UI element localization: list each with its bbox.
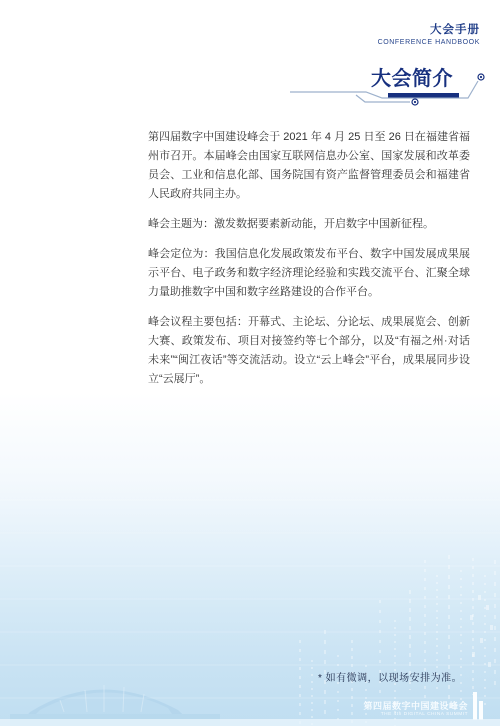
paragraph-overview: 第四届数字中国建设峰会于 2021 年 4 月 25 日至 26 日在福建省福州… [148,128,470,204]
title-circuit-decoration [0,0,500,120]
paragraph-position: 峰会定位为：我国信息化发展政策发布平台、数字中国发展成果展示平台、电子政务和数字… [148,245,470,302]
body-content: 第四届数字中国建设峰会于 2021 年 4 月 25 日至 26 日在福建省福州… [148,128,470,400]
footnote: * 如有微调，以现场安排为准。 [318,669,462,684]
circuit-node-icon [412,99,418,105]
bottom-strip [0,719,500,726]
paragraph-agenda: 峰会议程主要包括：开幕式、主论坛、分论坛、成果展览会、创新大赛、政策发布、项目对… [148,313,470,389]
footer-logo-cn: 第四届数字中国建设峰会 [363,701,468,711]
paragraph-theme: 峰会主题为：激发数据要素新动能，开启数字中国新征程。 [148,215,470,234]
title-underline-bar [388,93,459,98]
handbook-page: 大会手册 CONFERENCE HANDBOOK 大会简介 第四届数字中国建设峰… [0,0,500,726]
footer-logo-en: THE 4th DIGITAL CHINA SUMMIT [363,712,468,718]
circuit-node-icon [478,74,484,80]
footer-logo: 第四届数字中国建设峰会 THE 4th DIGITAL CHINA SUMMIT [363,691,483,720]
logo-bars-icon [473,691,483,720]
